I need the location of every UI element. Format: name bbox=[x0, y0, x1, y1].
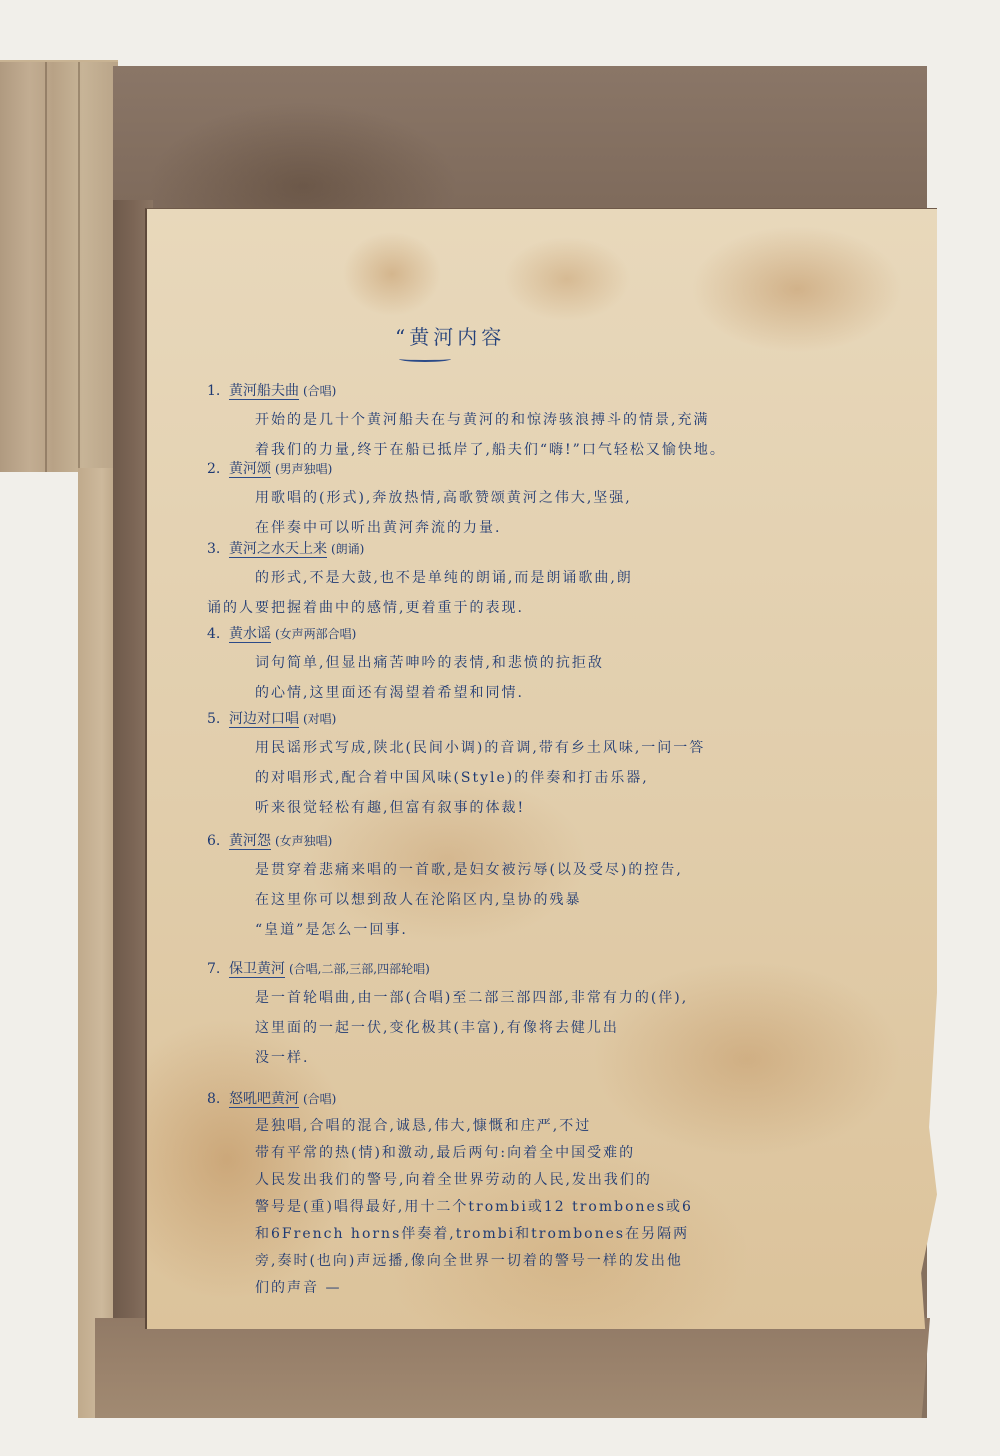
movement-5: 5.河边对口唱(对唱) 用民谣形式写成,陕北(民间小调)的音调,带有乡土风味,一… bbox=[207, 709, 907, 823]
torn-binding-strip bbox=[0, 60, 118, 472]
movement-type: (对唱) bbox=[303, 712, 336, 726]
movement-7: 7.保卫黄河(合唱,二部,三部,四部轮唱) 是一首轮唱曲,由一部(合唱)至二部三… bbox=[207, 959, 907, 1073]
movement-number: 1. bbox=[207, 381, 229, 401]
movement-1: 1.黄河船夫曲(合唱) 开始的是几十个黄河船夫在与黄河的和惊涛骇浪搏斗的情景,充… bbox=[207, 381, 907, 465]
movement-line: 们的声音 — bbox=[255, 1275, 907, 1302]
movement-line: 在这里你可以想到敌人在沦陷区内,皇协的残暴 bbox=[255, 885, 907, 915]
movement-line: 听来很觉轻松有趣,但富有叙事的体裁! bbox=[255, 793, 907, 823]
movement-type: (朗诵) bbox=[331, 542, 364, 556]
movement-line: 是贯穿着悲痛来唱的一首歌,是妇女被污辱(以及受尽)的控告, bbox=[255, 855, 907, 885]
movement-type: (女声两部合唱) bbox=[275, 627, 356, 641]
title-underline bbox=[399, 356, 451, 362]
movement-line: 和6French horns伴奏着,trombi和trombones在另隔两 bbox=[255, 1221, 907, 1248]
aged-paper-page: “黄河内容 1.黄河船夫曲(合唱) 开始的是几十个黄河船夫在与黄河的和惊涛骇浪搏… bbox=[145, 208, 937, 1329]
movement-number: 6. bbox=[207, 831, 229, 851]
movement-line: 开始的是几十个黄河船夫在与黄河的和惊涛骇浪搏斗的情景,充满 bbox=[255, 405, 907, 435]
movement-line: 用歌唱的(形式),奔放热情,高歌赞颂黄河之伟大,坚强, bbox=[255, 483, 907, 513]
movement-line: 诵的人要把握着曲中的感情,更着重于的表现. bbox=[207, 593, 907, 623]
scanned-document: “黄河内容 1.黄河船夫曲(合唱) 开始的是几十个黄河船夫在与黄河的和惊涛骇浪搏… bbox=[0, 0, 1000, 1456]
movement-line: 旁,奏时(也向)声远播,像向全世界一切着的警号一样的发出他 bbox=[255, 1248, 907, 1275]
movement-3: 3.黄河之水天上来(朗诵) 的形式,不是大鼓,也不是单纯的朗诵,而是朗诵歌曲,朗… bbox=[207, 539, 907, 623]
movement-type: (合唱) bbox=[303, 1092, 336, 1106]
movement-number: 3. bbox=[207, 539, 229, 559]
movement-8: 8.怒吼吧黄河(合唱) 是独唱,合唱的混合,诚恳,伟大,慷慨和庄严,不过 带有平… bbox=[207, 1089, 907, 1302]
binding-edge bbox=[78, 468, 118, 1418]
movement-line: 是独唱,合唱的混合,诚恳,伟大,慷慨和庄严,不过 bbox=[255, 1113, 907, 1140]
movement-line: 的形式,不是大鼓,也不是单纯的朗诵,而是朗诵歌曲,朗 bbox=[255, 563, 907, 593]
movement-number: 2. bbox=[207, 459, 229, 479]
movement-title: 黄河颂 bbox=[229, 461, 271, 477]
movement-title: 黄河怨 bbox=[229, 833, 271, 849]
movement-line: 的对唱形式,配合着中国风味(Style)的伴奏和打击乐器, bbox=[255, 763, 907, 793]
movement-line: 这里面的一起一伏,变化极其(丰富),有像将去健儿出 bbox=[255, 1013, 907, 1043]
movement-6: 6.黄河怨(女声独唱) 是贯穿着悲痛来唱的一首歌,是妇女被污辱(以及受尽)的控告… bbox=[207, 831, 907, 945]
movement-title: 黄水谣 bbox=[229, 626, 271, 642]
movement-title: 河边对口唱 bbox=[229, 711, 299, 727]
movement-title: 怒吼吧黄河 bbox=[229, 1091, 299, 1107]
movement-line: 的心情,这里面还有渴望着希望和同情. bbox=[255, 678, 907, 708]
movement-line: “皇道”是怎么一回事. bbox=[255, 915, 907, 945]
movement-number: 8. bbox=[207, 1089, 229, 1109]
movement-type: (合唱,二部,三部,四部轮唱) bbox=[289, 962, 430, 976]
movement-title: 黄河之水天上来 bbox=[229, 541, 327, 557]
backing-bottom-flap bbox=[95, 1318, 930, 1418]
movement-line: 是一首轮唱曲,由一部(合唱)至二部三部四部,非常有力的(伴), bbox=[255, 983, 907, 1013]
movement-type: (女声独唱) bbox=[275, 834, 332, 848]
movement-2: 2.黄河颂(男声独唱) 用歌唱的(形式),奔放热情,高歌赞颂黄河之伟大,坚强, … bbox=[207, 459, 907, 543]
movement-title: 保卫黄河 bbox=[229, 961, 285, 977]
handwritten-content: “黄河内容 1.黄河船夫曲(合唱) 开始的是几十个黄河船夫在与黄河的和惊涛骇浪搏… bbox=[147, 209, 937, 1329]
movement-line: 词句简单,但显出痛苦呻吟的表情,和悲愤的抗拒敌 bbox=[255, 648, 907, 678]
movement-title: 黄河船夫曲 bbox=[229, 383, 299, 399]
movement-number: 4. bbox=[207, 624, 229, 644]
movement-line: 带有平常的热(情)和激动,最后两句:向着全中国受难的 bbox=[255, 1140, 907, 1167]
movement-type: (合唱) bbox=[303, 384, 336, 398]
movement-number: 5. bbox=[207, 709, 229, 729]
movement-line: 没一样. bbox=[255, 1043, 907, 1073]
movement-type: (男声独唱) bbox=[275, 462, 332, 476]
movement-line: 人民发出我们的警号,向着全世界劳动的人民,发出我们的 bbox=[255, 1167, 907, 1194]
movement-4: 4.黄水谣(女声两部合唱) 词句简单,但显出痛苦呻吟的表情,和悲愤的抗拒敌 的心… bbox=[207, 624, 907, 708]
movement-line: 用民谣形式写成,陕北(民间小调)的音调,带有乡土风味,一问一答 bbox=[255, 733, 907, 763]
movement-number: 7. bbox=[207, 959, 229, 979]
movement-line: 警号是(重)唱得最好,用十二个trombi或12 trombones或6 bbox=[255, 1194, 907, 1221]
page-title: “黄河内容 bbox=[395, 321, 505, 350]
